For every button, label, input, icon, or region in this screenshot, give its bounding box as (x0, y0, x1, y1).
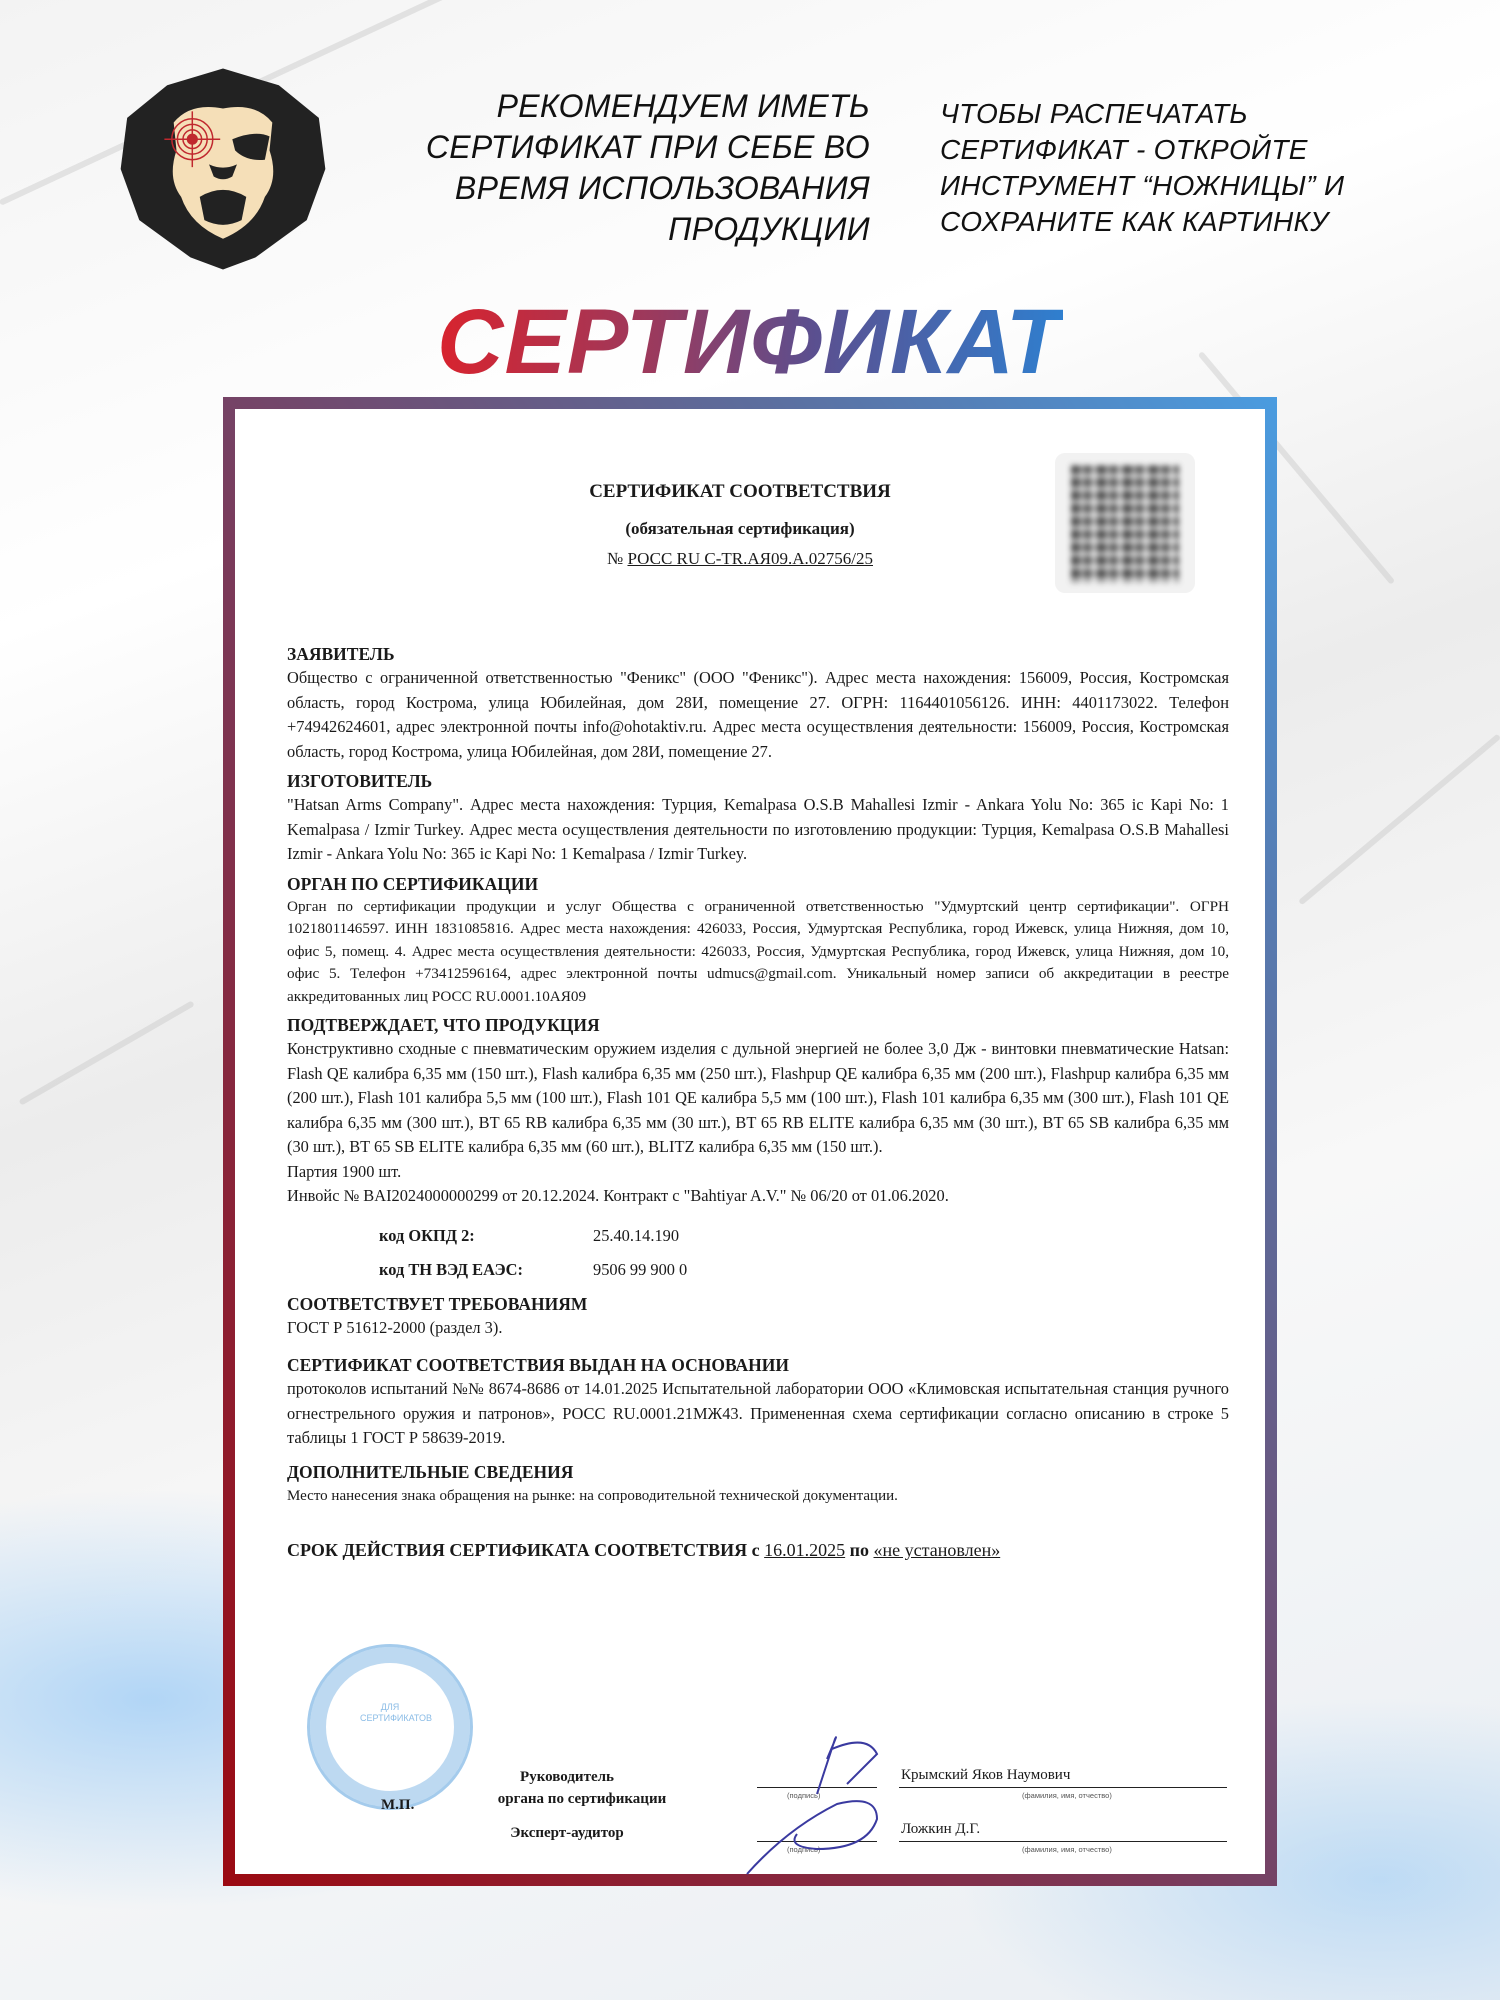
section-requirements: СООТВЕТСТВУЕТ ТРЕБОВАНИЯМ ГОСТ Р 51612-2… (287, 1293, 1229, 1341)
section-title: ИЗГОТОВИТЕЛЬ (287, 770, 1229, 793)
section-title: ОРГАН ПО СЕРТИФИКАЦИИ (287, 873, 1229, 896)
validity-from: 16.01.2025 (764, 1540, 845, 1560)
official-stamp-icon: ДЛЯ СЕРТИФИКАТОВ (307, 1644, 473, 1810)
certificate-frame: СЕРТИФИКАТ СООТВЕТСТВИЯ (обязательная се… (223, 397, 1277, 1886)
code-value: 25.40.14.190 (593, 1219, 679, 1253)
instruction-line: ЧТОБЫ РАСПЕЧАТАТЬ (940, 96, 1410, 132)
section-product: ПОДТВЕРЖДАЕТ, ЧТО ПРОДУКЦИЯ Конструктивн… (287, 1014, 1229, 1209)
recommendation-line: РЕКОМЕНДУЕМ ИМЕТЬ (360, 86, 870, 127)
head-role-line2: органа по сертификации (467, 1791, 697, 1808)
head-role: Руководитель (467, 1769, 667, 1786)
expert-name: Ложкин Д.Г. (901, 1821, 980, 1838)
section-title: СООТВЕТСТВУЕТ ТРЕБОВАНИЯМ (287, 1293, 1229, 1316)
recommendation-line: ПРОДУКЦИИ (360, 209, 870, 250)
validity-middle: по (850, 1540, 869, 1560)
recommendation-line: СЕРТИФИКАТ ПРИ СЕБЕ ВО (360, 127, 870, 168)
expert-signature-icon (727, 1789, 907, 1879)
lion-logo-icon (116, 62, 330, 276)
section-body: Орган по сертификации продукции и услуг … (287, 896, 1229, 1009)
instruction-line: ИНСТРУМЕНТ “НОЖНИЦЫ” И (940, 168, 1410, 204)
instruction-line: СОХРАНИТЕ КАК КАРТИНКУ (940, 204, 1410, 240)
section-applicant: ЗАЯВИТЕЛЬ Общество с ограниченной ответс… (287, 643, 1229, 764)
head-name: Крымский Яков Наумович (901, 1767, 1070, 1784)
validity-to: «не установлен» (874, 1540, 1001, 1560)
qr-code-icon (1055, 453, 1195, 593)
section-certification-body: ОРГАН ПО СЕРТИФИКАЦИИ Орган по сертифика… (287, 873, 1229, 1009)
signature-block: ДЛЯ СЕРТИФИКАТОВ Руководитель органа по … (287, 1729, 1229, 1879)
code-row-okpd2: код ОКПД 2: 25.40.14.190 (379, 1219, 1229, 1253)
stamp-text: ДЛЯ СЕРТИФИКАТОВ (360, 1702, 420, 1724)
recommendation-note: РЕКОМЕНДУЕМ ИМЕТЬ СЕРТИФИКАТ ПРИ СЕБЕ ВО… (360, 86, 870, 250)
section-body: протоколов испытаний №№ 8674-8686 от 14.… (287, 1377, 1229, 1451)
validity-period: СРОК ДЕЙСТВИЯ СЕРТИФИКАТА СООТВЕТСТВИЯ с… (287, 1538, 1229, 1563)
name-caption: (фамилия, имя, отчество) (1022, 1791, 1112, 1800)
section-body: Место нанесения знака обращения на рынке… (287, 1484, 1229, 1509)
section-body: ГОСТ Р 51612-2000 (раздел 3). (287, 1316, 1229, 1341)
page-title-text: СЕРТИФИКАТ (437, 291, 1063, 393)
recommendation-line: ВРЕМЯ ИСПОЛЬЗОВАНИЯ (360, 168, 870, 209)
code-row-tnved: код ТН ВЭД ЕАЭС: 9506 99 900 0 (379, 1253, 1229, 1287)
stamp-place-label: М.П. (381, 1797, 414, 1814)
section-manufacturer: ИЗГОТОВИТЕЛЬ "Hatsan Arms Company". Адре… (287, 770, 1229, 867)
section-title: ЗАЯВИТЕЛЬ (287, 643, 1229, 666)
batch-size: Партия 1900 шт. (287, 1160, 1229, 1185)
instruction-line: СЕРТИФИКАТ - ОТКРОЙТЕ (940, 132, 1410, 168)
certificate-body: ЗАЯВИТЕЛЬ Общество с ограниченной ответс… (287, 637, 1229, 1563)
invoice-info: Инвойс № BAI2024000000299 от 20.12.2024.… (287, 1184, 1229, 1209)
section-title: ДОПОЛНИТЕЛЬНЫЕ СВЕДЕНИЯ (287, 1461, 1229, 1484)
section-body: Общество с ограниченной ответственностью… (287, 666, 1229, 764)
section-title: ПОДТВЕРЖДАЕТ, ЧТО ПРОДУКЦИЯ (287, 1014, 1229, 1037)
code-value: 9506 99 900 0 (593, 1253, 687, 1287)
name-caption: (фамилия, имя, отчество) (1022, 1845, 1112, 1854)
page-title: СЕРТИФИКАТ (0, 290, 1500, 395)
product-codes: код ОКПД 2: 25.40.14.190 код ТН ВЭД ЕАЭС… (379, 1219, 1229, 1287)
certificate-number-value: РОСС RU C-TR.АЯ09.А.02756/25 (627, 549, 873, 568)
section-basis: СЕРТИФИКАТ СООТВЕТСТВИЯ ВЫДАН НА ОСНОВАН… (287, 1354, 1229, 1451)
certificate-document: СЕРТИФИКАТ СООТВЕТСТВИЯ (обязательная се… (235, 409, 1265, 1874)
code-label: код ОКПД 2: (379, 1219, 593, 1253)
section-body: Конструктивно сходные с пневматическим о… (287, 1037, 1229, 1160)
number-sign: № (607, 549, 623, 568)
section-title: СЕРТИФИКАТ СООТВЕТСТВИЯ ВЫДАН НА ОСНОВАН… (287, 1354, 1229, 1377)
print-instruction-note: ЧТОБЫ РАСПЕЧАТАТЬ СЕРТИФИКАТ - ОТКРОЙТЕ … (940, 96, 1410, 240)
section-body: "Hatsan Arms Company". Адрес места нахож… (287, 793, 1229, 867)
expert-role: Эксперт-аудитор (467, 1825, 667, 1842)
validity-label: СРОК ДЕЙСТВИЯ СЕРТИФИКАТА СООТВЕТСТВИЯ с (287, 1540, 760, 1560)
code-label: код ТН ВЭД ЕАЭС: (379, 1253, 593, 1287)
section-additional: ДОПОЛНИТЕЛЬНЫЕ СВЕДЕНИЯ Место нанесения … (287, 1461, 1229, 1509)
